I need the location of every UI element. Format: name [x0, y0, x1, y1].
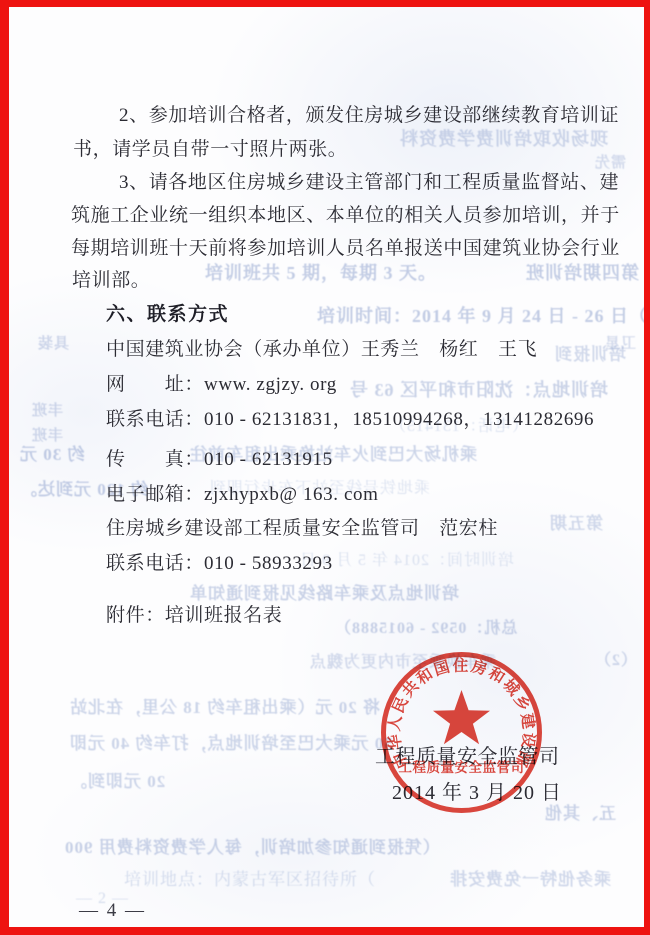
page-number: — 4 — — [79, 900, 146, 922]
text-line: 中国建筑业协会（承办单位）王秀兰 杨红 王飞 — [106, 334, 537, 361]
text-line: 住房城乡建设部工程质量安全监管司 范宏柱 — [106, 513, 498, 540]
seal-inner-text: 工程质量安全监管司 — [399, 759, 525, 775]
star-icon — [433, 690, 490, 744]
text-line: 附件：培训班报名表 — [106, 600, 282, 627]
official-seal: 中华人民共和国住房和城乡建设部 工程质量安全监管司 — [377, 648, 546, 817]
section-heading: 六、联系方式 — [106, 299, 229, 326]
text-line: 传 真：010 - 62131915 — [106, 444, 333, 471]
text-line: 筑施工企业统一组织本地区、本单位的相关人员参加培训，并于 — [71, 200, 620, 227]
text-line: 2、参加培训合格者，颁发住房城乡建设部继续教育培训证 — [119, 100, 619, 127]
text-line: 培训部。 — [72, 265, 150, 292]
text-line: 网 址：www. zgjzy. org — [106, 369, 337, 396]
text-line: 联系电话：010 - 62131831，18510994268，13141282… — [106, 404, 594, 431]
text-line: 联系电话：010 - 58933293 — [106, 548, 333, 575]
text-line: 3、请各地区住房城乡建设主管部门和工程质量监督站、建 — [119, 167, 619, 194]
text-line: 电子邮箱：zjxhypxb@ 163. com — [106, 479, 378, 506]
text-line: 书，请学员自带一寸照片两张。 — [73, 134, 347, 161]
seal-ring — [384, 655, 540, 811]
document-page: 现场收取培训费学费资料需先培训班共 5 期，每期 3 天。第四期培训班培训时间：… — [0, 0, 650, 935]
text-line: 每期培训班十天前将参加培训人员名单报送中国建筑业协会行业 — [71, 233, 620, 260]
